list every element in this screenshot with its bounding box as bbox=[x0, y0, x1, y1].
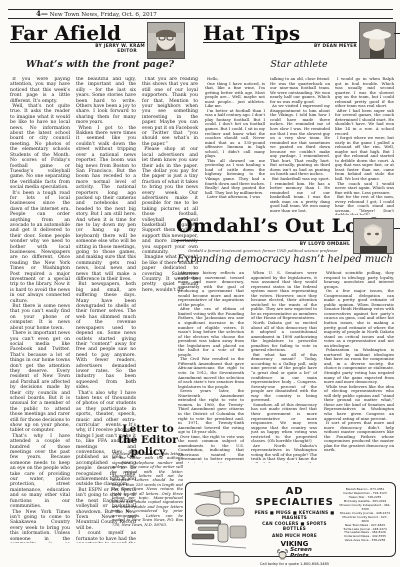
omdahl-column-3: Without scientific polling, they respond… bbox=[324, 271, 394, 463]
folio-line: 4— New Town News, Friday, Oct. 6, 2017 bbox=[36, 11, 157, 18]
viking-mascot-icon bbox=[277, 548, 288, 560]
ad-center-block: AD SPECIALTIES PENS ■ MUGS ■ KEYCHAINS ■… bbox=[250, 486, 339, 553]
omdahl-photo bbox=[353, 218, 394, 254]
newspaper-page: 4— New Town News, Friday, Oct. 6, 2017 F… bbox=[0, 0, 400, 567]
kram-photo bbox=[147, 22, 185, 59]
ad-product-collage bbox=[190, 486, 250, 553]
kram-portrait-art bbox=[148, 23, 184, 58]
ad-dealer-list: Beulah Beacon - 873-4381 Center Republic… bbox=[339, 486, 391, 553]
ad-title: AD SPECIALTIES bbox=[250, 486, 339, 508]
omdahl-column-2: When U. S. Senators were appointed by th… bbox=[251, 271, 317, 463]
hat-tips-rule-stub bbox=[394, 33, 400, 34]
hat-tips-column-3: I would go in when Ralph got in foul tro… bbox=[335, 77, 394, 215]
hat-tips-subtitle: Star athlete bbox=[203, 59, 395, 70]
letter-policy-body: The New Town News accepts letters to the… bbox=[112, 452, 183, 547]
promo-items-art bbox=[190, 486, 250, 552]
page-number: 4— bbox=[36, 9, 48, 18]
meyer-portrait-art bbox=[360, 23, 395, 58]
omdahl-subtitle: Expanding democracy hasn’t helped much bbox=[176, 254, 394, 265]
omdahl-byline: BY LLOYD OMDAHL bbox=[200, 242, 350, 247]
hat-tips-byline: BY DEAN MEYER bbox=[270, 44, 357, 49]
hat-tips-column-2: talking to an old, close friend. He was … bbox=[270, 77, 330, 215]
omdahl-portrait-art bbox=[354, 219, 393, 253]
ad-brand-sub-line-2: Prints bbox=[290, 554, 312, 560]
ad-specialties-box: AD SPECIALTIES PENS ■ MUGS ■ KEYCHAINS ■… bbox=[185, 482, 396, 557]
meyer-photo bbox=[359, 22, 396, 59]
dealer-line: Velva Area Voice - 338-2255 bbox=[339, 539, 391, 543]
hat-tips-column-1: Hello, One thing I have noticed, is that… bbox=[205, 77, 265, 215]
ad-products-line-1: PENS ■ MUGS ■ KEYCHAINS ■ MAGNETS bbox=[250, 510, 339, 520]
ad-brand-row: Screen Prints bbox=[250, 548, 339, 560]
ad-phone-line: Call today for a quote 1-800-658-3485 bbox=[250, 562, 339, 566]
far-afield-byline-editor: EDITOR bbox=[55, 49, 137, 54]
ad-products-line-3: AND MUCH MORE bbox=[250, 533, 339, 538]
header-rule bbox=[8, 18, 393, 19]
date-line: New Town News, Friday, Oct. 6, 2017 bbox=[50, 12, 157, 18]
omdahl-tagline: Omdahl a former lieutenant governor, for… bbox=[176, 248, 350, 253]
far-afield-column-1: If you were paying attention, you may ha… bbox=[10, 77, 70, 543]
omdahl-rule-stub bbox=[394, 228, 400, 229]
omdahl-column-1: American history reflects an unrelenting… bbox=[178, 271, 244, 463]
ad-products-line-2: CAN COOLERS ■ SPORTS BOTTLES bbox=[250, 521, 339, 531]
far-afield-subtitle: What’s with the front page? bbox=[10, 59, 190, 70]
ad-brand-sub: Screen Prints bbox=[290, 548, 312, 560]
